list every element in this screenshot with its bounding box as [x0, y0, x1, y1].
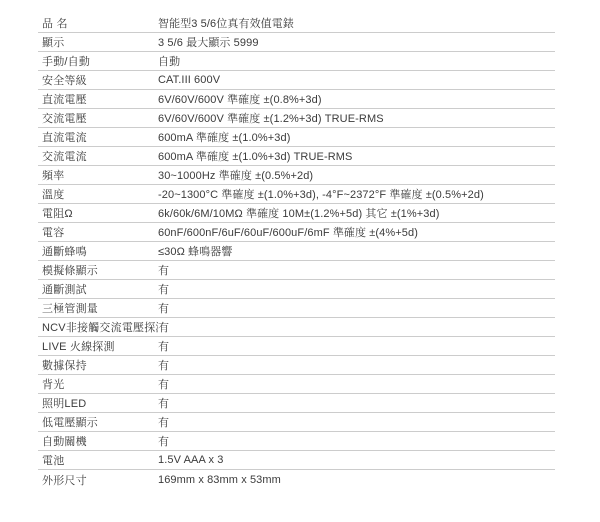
table-row: 電容 60nF/600nF/6uF/60uF/600uF/6mF 準確度 ±(4…	[38, 223, 555, 242]
table-row: 三極管測量 有	[38, 299, 555, 318]
table-row: 手動/自動 自動	[38, 52, 555, 71]
spec-label: 顯示	[38, 34, 158, 50]
spec-label: 電容	[38, 224, 158, 240]
spec-value: 有	[158, 262, 555, 278]
spec-label: 直流電壓	[38, 91, 158, 107]
table-row: 照明LED 有	[38, 394, 555, 413]
table-row: 自動關機 有	[38, 432, 555, 451]
spec-label: 品 名	[38, 15, 158, 31]
table-row: 交流電流 600mA 準確度 ±(1.0%+3d) TRUE-RMS	[38, 147, 555, 166]
table-row: 頻率 30~1000Hz 準確度 ±(0.5%+2d)	[38, 166, 555, 185]
spec-value: CAT.III 600V	[158, 74, 555, 86]
table-row: 交流電壓 6V/60V/600V 準確度 ±(1.2%+3d) TRUE-RMS	[38, 109, 555, 128]
table-row: 顯示 3 5/6 最大顯示 5999	[38, 33, 555, 52]
spec-value: 有	[158, 395, 555, 411]
spec-label: 交流電流	[38, 148, 158, 164]
table-row: 外形尺寸 169mm x 83mm x 53mm	[38, 470, 555, 489]
spec-value: 有	[158, 281, 555, 297]
table-row: 溫度 -20~1300°C 準確度 ±(1.0%+3d), -4°F~2372°…	[38, 185, 555, 204]
spec-value: 有	[158, 319, 555, 335]
spec-label: NCV非接觸交流電壓探測	[38, 319, 158, 335]
spec-label: 直流電流	[38, 129, 158, 145]
spec-table: 品 名 智能型3 5/6位真有效值電錶 顯示 3 5/6 最大顯示 5999 手…	[38, 14, 555, 489]
spec-label: 外形尺寸	[38, 472, 158, 488]
spec-value: 有	[158, 338, 555, 354]
spec-value: 6V/60V/600V 準確度 ±(1.2%+3d) TRUE-RMS	[158, 110, 555, 126]
spec-label: 安全等級	[38, 72, 158, 88]
spec-label: 手動/自動	[38, 53, 158, 69]
spec-value: 600mA 準確度 ±(1.0%+3d)	[158, 129, 555, 145]
spec-value: 自動	[158, 53, 555, 69]
spec-label: 三極管測量	[38, 300, 158, 316]
table-row: 電池 1.5V AAA x 3	[38, 451, 555, 470]
spec-value: 3 5/6 最大顯示 5999	[158, 34, 555, 50]
spec-value: -20~1300°C 準確度 ±(1.0%+3d), -4°F~2372°F 準…	[158, 186, 555, 202]
spec-value: 1.5V AAA x 3	[158, 454, 555, 466]
spec-value: 有	[158, 357, 555, 373]
spec-label: 電池	[38, 452, 158, 468]
spec-value: 30~1000Hz 準確度 ±(0.5%+2d)	[158, 167, 555, 183]
spec-label: 溫度	[38, 186, 158, 202]
spec-label: 模擬條顯示	[38, 262, 158, 278]
table-row: 直流電壓 6V/60V/600V 準確度 ±(0.8%+3d)	[38, 90, 555, 109]
spec-label: 通斷蜂鳴	[38, 243, 158, 259]
spec-label: 交流電壓	[38, 110, 158, 126]
table-row: 背光 有	[38, 375, 555, 394]
table-row: 電阻Ω 6k/60k/6M/10MΩ 準確度 10M±(1.2%+5d) 其它 …	[38, 204, 555, 223]
spec-value: 有	[158, 300, 555, 316]
spec-value: 有	[158, 376, 555, 392]
table-row: 通斷測試 有	[38, 280, 555, 299]
spec-value: 6k/60k/6M/10MΩ 準確度 10M±(1.2%+5d) 其它 ±(1%…	[158, 205, 555, 221]
table-row: NCV非接觸交流電壓探測 有	[38, 318, 555, 337]
spec-label: 自動關機	[38, 433, 158, 449]
spec-label: 數據保持	[38, 357, 158, 373]
spec-label: 背光	[38, 376, 158, 392]
spec-value: 智能型3 5/6位真有效值電錶	[158, 15, 555, 31]
table-row: 品 名 智能型3 5/6位真有效值電錶	[38, 14, 555, 33]
spec-value: 60nF/600nF/6uF/60uF/600uF/6mF 準確度 ±(4%+5…	[158, 224, 555, 240]
table-row: 數據保持 有	[38, 356, 555, 375]
spec-label: 照明LED	[38, 395, 158, 411]
spec-value: 169mm x 83mm x 53mm	[158, 474, 555, 486]
spec-label: LIVE 火線探測	[38, 338, 158, 354]
spec-label: 頻率	[38, 167, 158, 183]
table-row: 低電壓顯示 有	[38, 413, 555, 432]
spec-value: 600mA 準確度 ±(1.0%+3d) TRUE-RMS	[158, 148, 555, 164]
spec-value: 6V/60V/600V 準確度 ±(0.8%+3d)	[158, 91, 555, 107]
spec-value: 有	[158, 433, 555, 449]
table-row: 通斷蜂鳴 ≤30Ω 蜂鳴器響	[38, 242, 555, 261]
table-row: 模擬條顯示 有	[38, 261, 555, 280]
spec-label: 低電壓顯示	[38, 414, 158, 430]
table-row: LIVE 火線探測 有	[38, 337, 555, 356]
spec-label: 電阻Ω	[38, 205, 158, 221]
table-row: 安全等級 CAT.III 600V	[38, 71, 555, 90]
spec-value: 有	[158, 414, 555, 430]
table-row: 直流電流 600mA 準確度 ±(1.0%+3d)	[38, 128, 555, 147]
spec-value: ≤30Ω 蜂鳴器響	[158, 243, 555, 259]
spec-label: 通斷測試	[38, 281, 158, 297]
